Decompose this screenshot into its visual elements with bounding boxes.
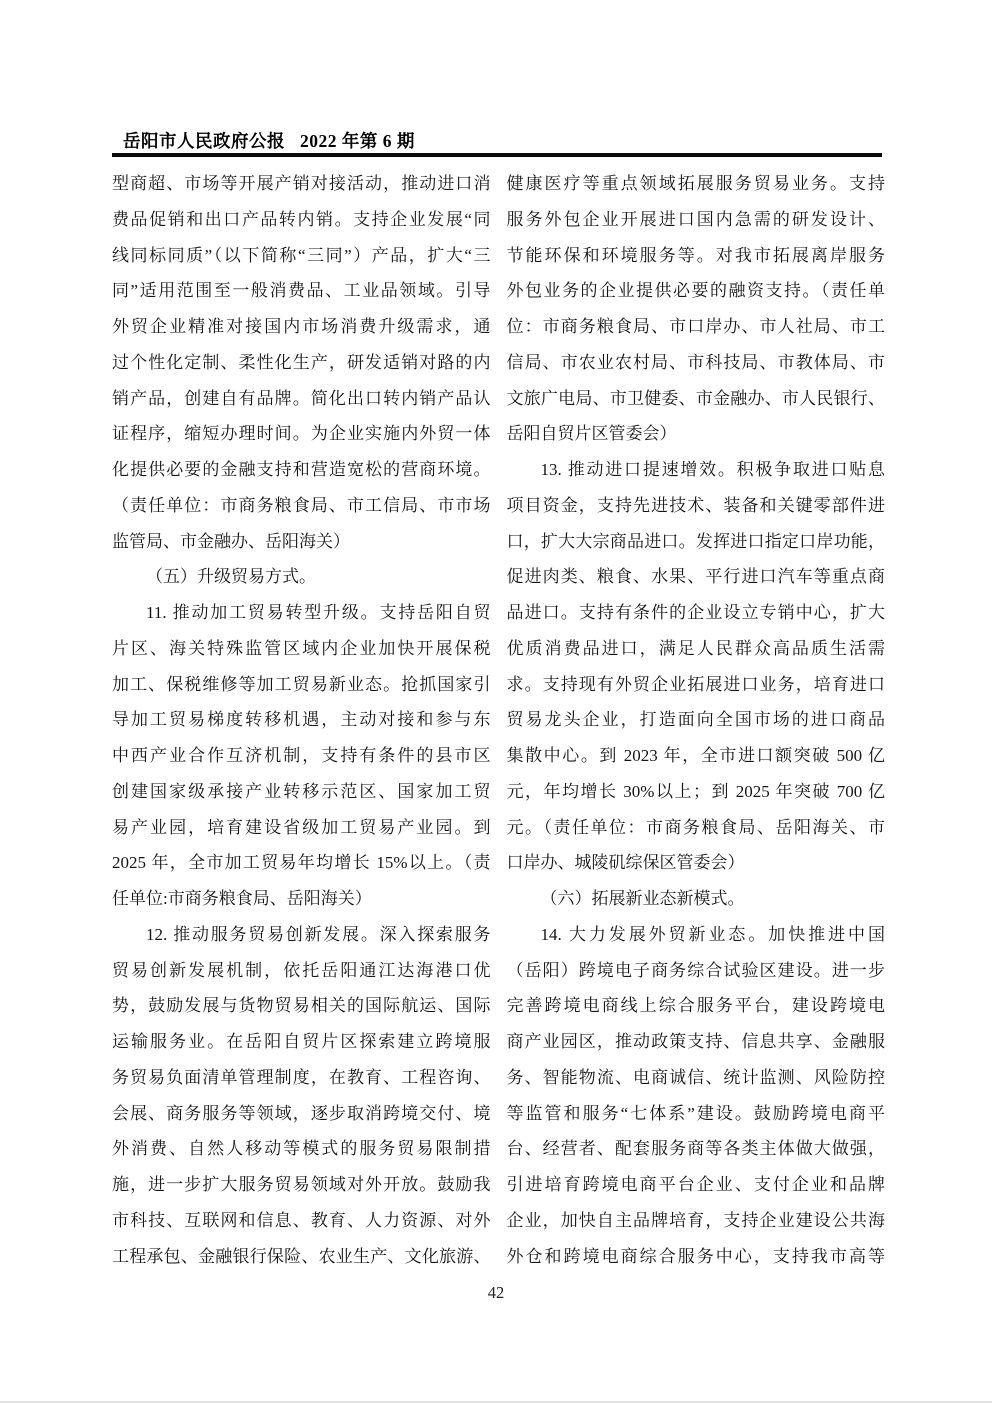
text-line: 元。（责任单位：市商务粮食局、岳阳海关、市 — [507, 810, 886, 846]
text-line: 会展、商务服务等领域，逐步取消跨境交付、境 — [112, 1096, 491, 1132]
text-line: 12. 推动服务贸易创新发展。深入探索服务 — [112, 917, 491, 953]
text-line: 务、智能物流、电商诚信、统计监测、风险防控 — [507, 1060, 886, 1096]
text-line: 外贸企业精准对接国内市场消费升级需求，通 — [112, 309, 491, 345]
text-line: 费品促销和出口产品转内销。支持企业发展“同 — [112, 202, 491, 238]
text-line: 型商超、市场等开展产销对接活动，推动进口消 — [112, 166, 491, 202]
text-line: 化提供必要的金融支持和营造宽松的营商环境。 — [112, 452, 491, 488]
text-line: 任单位:市商务粮食局、岳阳海关） — [112, 881, 491, 917]
text-line: 14. 大力发展外贸新业态。加快推进中国 — [507, 917, 886, 953]
text-line: 口，扩大大宗商品进口。发挥进口指定口岸功能， — [507, 524, 886, 560]
text-line: 13. 推动进口提速增效。积极争取进口贴息 — [507, 452, 886, 488]
text-line: 工程承包、金融银行保险、农业生产、文化旅游、 — [112, 1239, 491, 1275]
text-line: 销产品，创建自有品牌。简化出口转内销产品认 — [112, 381, 491, 417]
text-line: 11. 推动加工贸易转型升级。支持岳阳自贸 — [112, 595, 491, 631]
text-line: 贸易创新发展机制，依托岳阳通江达海港口优 — [112, 953, 491, 989]
text-line: 过个性化定制、柔性化生产，研发适销对路的内 — [112, 345, 491, 381]
text-line: 优质消费品进口，满足人民群众高品质生活需 — [507, 631, 886, 667]
page-number: 42 — [0, 1283, 992, 1303]
gazette-page: 岳阳市人民政府公报2022 年第 6 期 型商超、市场等开展产销对接活动，推动进… — [0, 0, 992, 1403]
text-line: （六）拓展新业态新模式。 — [507, 881, 886, 917]
text-line: （五）升级贸易方式。 — [112, 559, 491, 595]
text-line: 服务外包企业开展进口国内急需的研发设计、 — [507, 202, 886, 238]
text-line: 2025 年，全市加工贸易年均增长 15%以上。（责 — [112, 845, 491, 881]
text-line: 岳阳自贸片区管委会） — [507, 416, 886, 452]
header-rule — [112, 153, 882, 157]
text-line: 贸易龙头企业，打造面向全国市场的进口商品 — [507, 702, 886, 738]
text-line: 集散中心。到 2023 年，全市进口额突破 500 亿 — [507, 738, 886, 774]
page-header: 岳阳市人民政府公报2022 年第 6 期 — [123, 128, 415, 153]
text-line: 完善跨境电商线上综合服务平台，建设跨境电 — [507, 988, 886, 1024]
text-line: 商产业园区，推动政策支持、信息共享、金融服 — [507, 1024, 886, 1060]
text-line: 监管局、市金融办、岳阳海关） — [112, 524, 491, 560]
text-line: 台、经营者、配套服务商等各类主体做大做强， — [507, 1131, 886, 1167]
text-line: 口岸办、城陵矶综保区管委会） — [507, 845, 886, 881]
text-line: 项目资金，支持先进技术、装备和关键零部件进 — [507, 488, 886, 524]
text-line: 务贸易负面清单管理制度，在教育、工程咨询、 — [112, 1060, 491, 1096]
text-line: 市科技、互联网和信息、教育、人力资源、对外 — [112, 1203, 491, 1239]
text-line: 健康医疗等重点领域拓展服务贸易业务。支持 — [507, 166, 886, 202]
text-line: （岳阳）跨境电子商务综合试验区建设。进一步 — [507, 953, 886, 989]
text-line: 创建国家级承接产业转移示范区、国家加工贸 — [112, 774, 491, 810]
text-line: 中西产业合作互济机制，支持有条件的县市区 — [112, 738, 491, 774]
text-line: 企业，加快自主品牌培育，支持企业建设公共海 — [507, 1203, 886, 1239]
text-line: 外包业务的企业提供必要的融资支持。（责任单 — [507, 273, 886, 309]
text-line: 品进口。支持有条件的企业设立专销中心，扩大 — [507, 595, 886, 631]
text-line: 势，鼓励发展与货物贸易相关的国际航运、国际 — [112, 988, 491, 1024]
text-line: 节能环保和环境服务等。对我市拓展离岸服务 — [507, 238, 886, 274]
text-line: 运输服务业。在岳阳自贸片区探索建立跨境服 — [112, 1024, 491, 1060]
text-line: 施，进一步扩大服务贸易领域对外开放。鼓励我 — [112, 1167, 491, 1203]
text-line: 同”适用范围至一般消费品、工业品领域。引导 — [112, 273, 491, 309]
text-line: 位：市商务粮食局、市口岸办、市人社局、市工 — [507, 309, 886, 345]
text-line: 易产业园，培育建设省级加工贸易产业园。到 — [112, 810, 491, 846]
text-line: 片区、海关特殊监管区域内企业加快开展保税 — [112, 631, 491, 667]
text-line: 导加工贸易梯度转移机遇，主动对接和参与东 — [112, 702, 491, 738]
document-body: 型商超、市场等开展产销对接活动，推动进口消费品促销和出口产品转内销。支持企业发展… — [112, 166, 885, 1274]
gazette-issue: 2022 年第 6 期 — [300, 131, 415, 151]
text-line: 元，年均增长 30%以上；到 2025 年突破 700 亿 — [507, 774, 886, 810]
text-line: 加工、保税维修等加工贸易新业态。抢抓国家引 — [112, 667, 491, 703]
text-line: 等监管和服务“七体系”建设。鼓励跨境电商平 — [507, 1096, 886, 1132]
gazette-title: 岳阳市人民政府公报 — [123, 131, 285, 151]
text-line: 外仓和跨境电商综合服务中心，支持我市高等 — [507, 1239, 886, 1275]
text-line: （责任单位：市商务粮食局、市工信局、市市场 — [112, 488, 491, 524]
left-column: 型商超、市场等开展产销对接活动，推动进口消费品促销和出口产品转内销。支持企业发展… — [112, 166, 491, 1274]
text-line: 促进肉类、粮食、水果、平行进口汽车等重点商 — [507, 559, 886, 595]
text-line: 求。支持现有外贸企业拓展进口业务，培育进口 — [507, 667, 886, 703]
text-line: 文旅广电局、市卫健委、市金融办、市人民银行、 — [507, 381, 886, 417]
text-line: 外消费、自然人移动等模式的服务贸易限制措 — [112, 1131, 491, 1167]
text-line: 信局、市农业农村局、市科技局、市教体局、市 — [507, 345, 886, 381]
text-line: 引进培育跨境电商平台企业、支付企业和品牌 — [507, 1167, 886, 1203]
right-column: 健康医疗等重点领域拓展服务贸易业务。支持服务外包企业开展进口国内急需的研发设计、… — [507, 166, 886, 1274]
text-line: 证程序，缩短办理时间。为企业实施内外贸一体 — [112, 416, 491, 452]
text-line: 线同标同质”（以下简称“三同”）产品，扩大“三 — [112, 238, 491, 274]
